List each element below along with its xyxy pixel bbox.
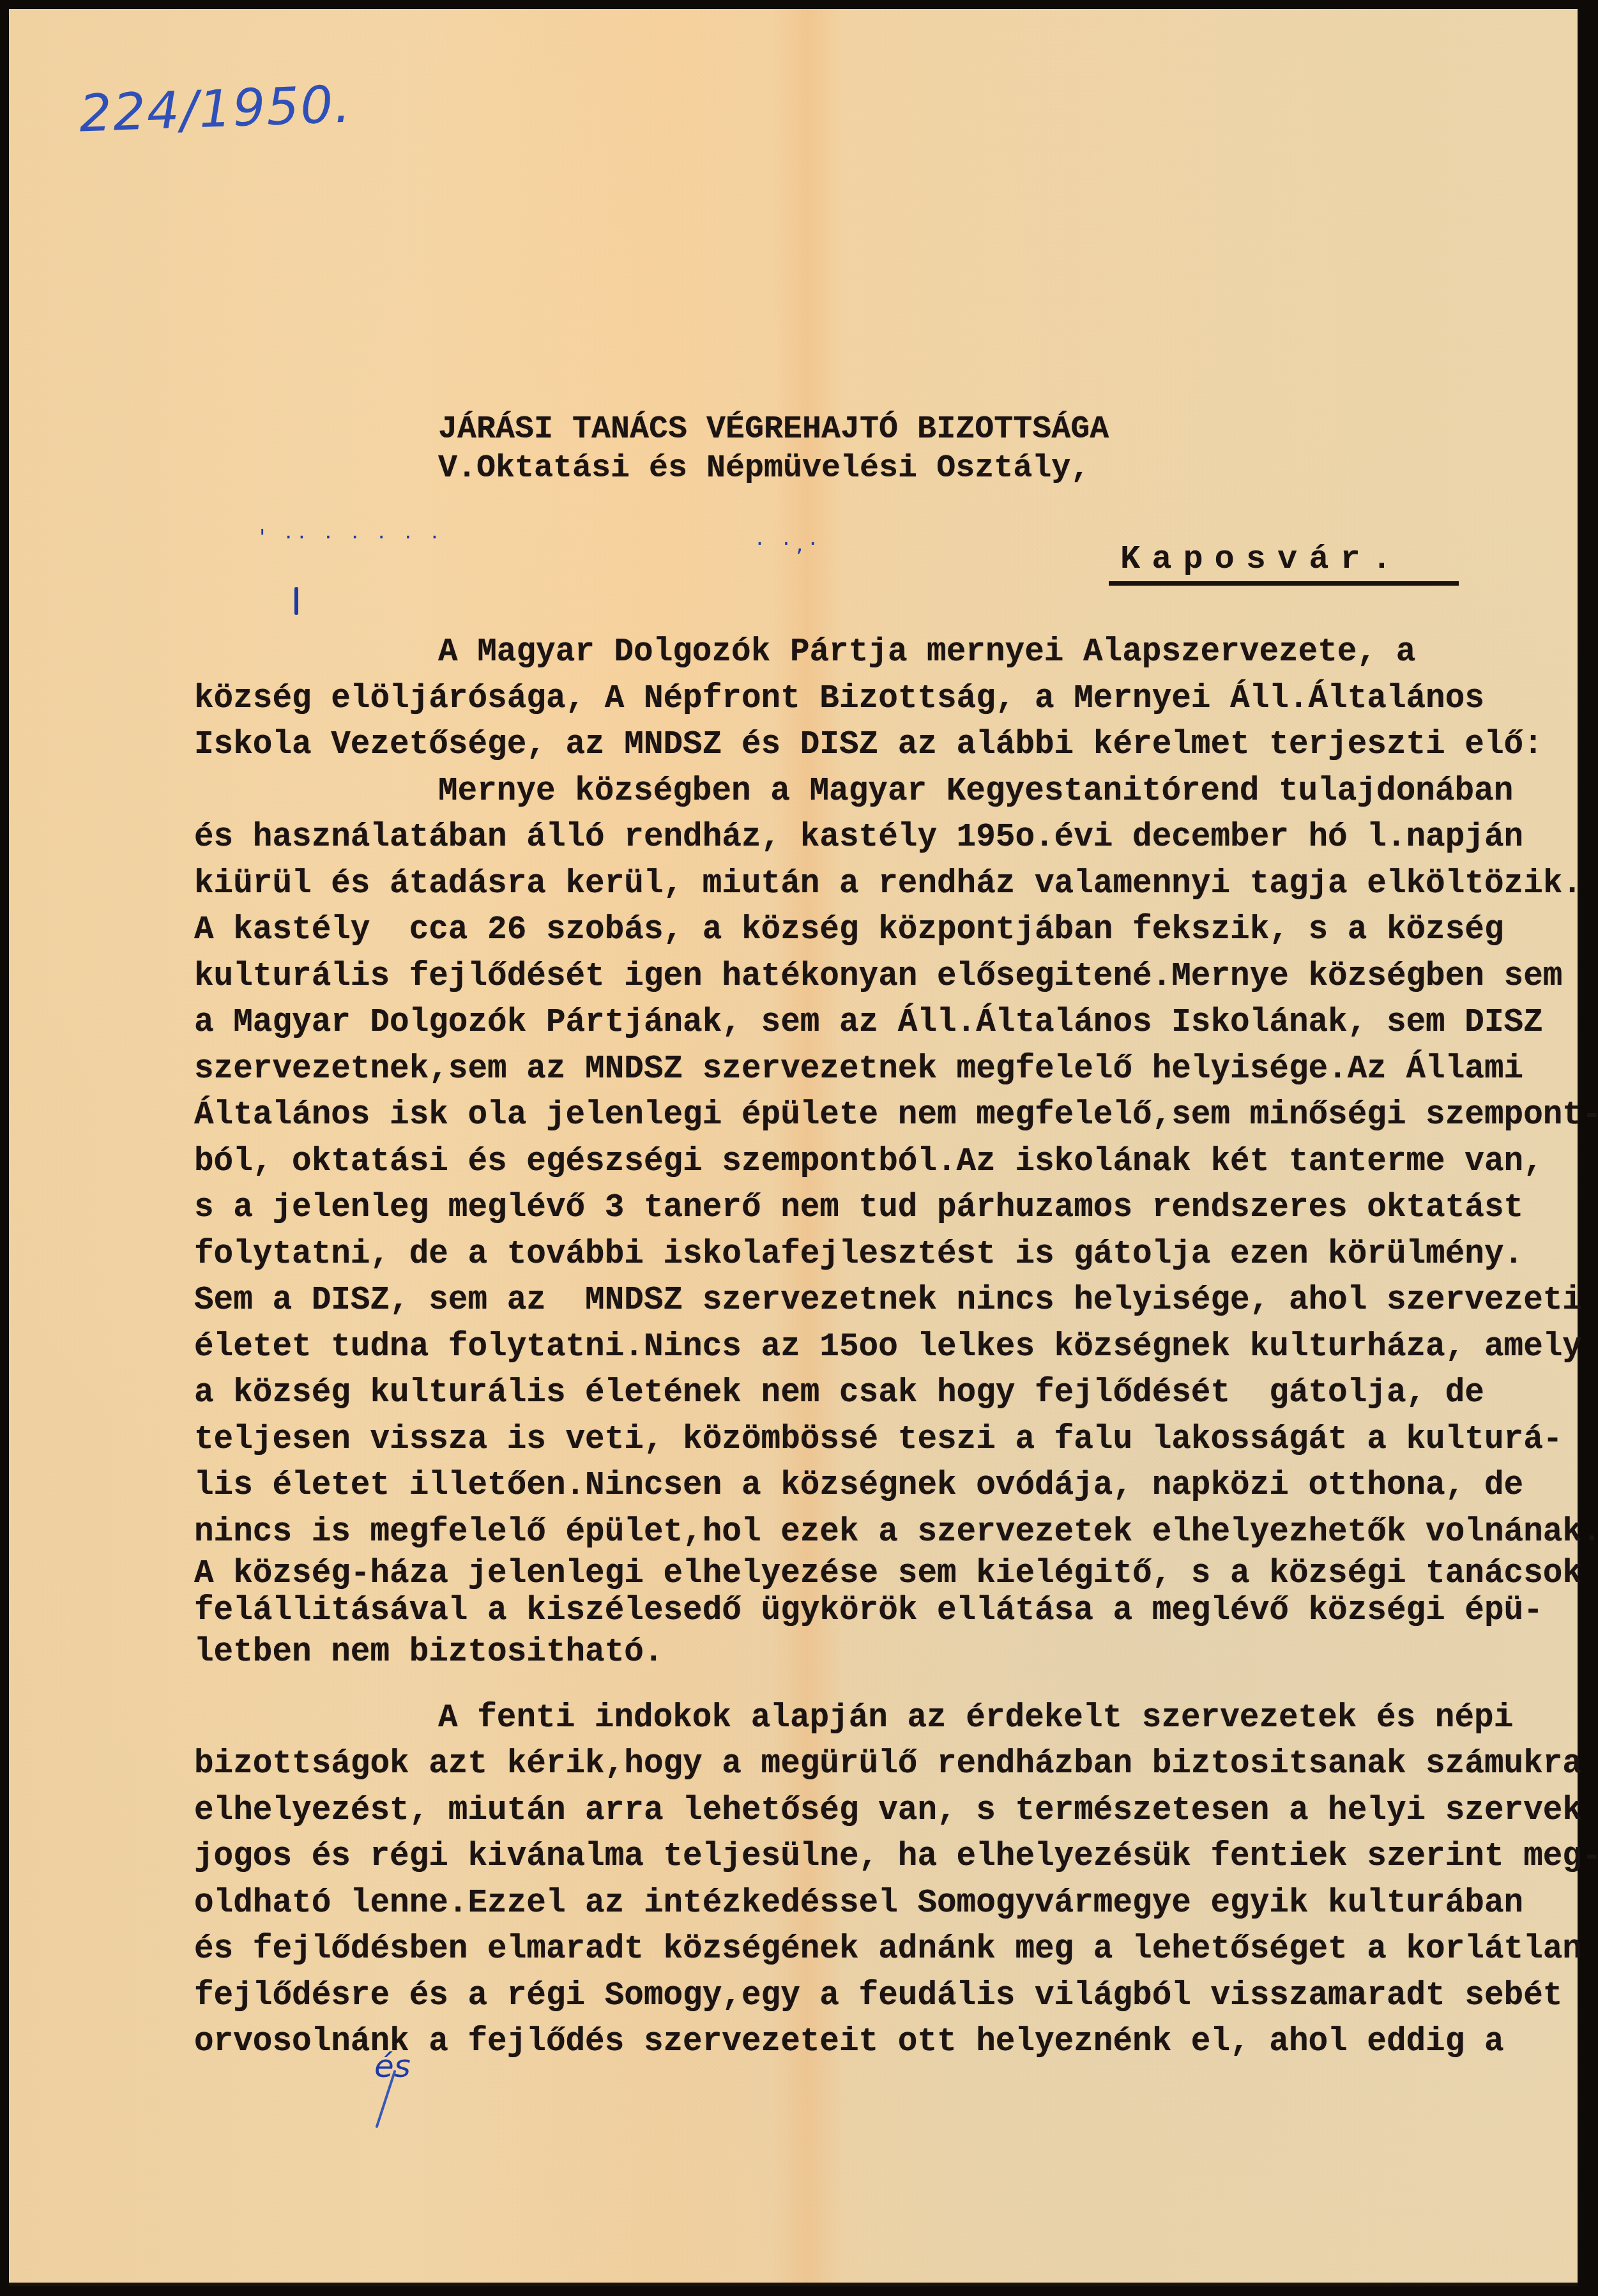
body-line: község elöljárósága, A Népfront Bizottsá… — [194, 676, 1598, 723]
body-line: A kastély cca 26 szobás, a község közpon… — [194, 908, 1598, 954]
body-line: Általános isk ola jelenlegi épülete nem … — [194, 1093, 1598, 1139]
document-page: 224/1950. JÁRÁSI TANÁCS VÉGREHAJTÓ BIZOT… — [9, 9, 1578, 2286]
body-line: szervezetnek,sem az MNDSZ szervezetnek m… — [194, 1047, 1598, 1093]
body-line: nincs is megfelelő épület,hol ezek a sze… — [194, 1510, 1598, 1556]
city-heading: Kaposvár. — [1120, 540, 1403, 578]
body-line: s a jelenleg meglévő 3 tanerő nem tud pá… — [194, 1185, 1598, 1232]
body-line: fejlődésre és a régi Somogy,egy a feudál… — [194, 1973, 1598, 2020]
body-line: ból, oktatási és egészségi szempontból.A… — [194, 1139, 1598, 1186]
body-line: lis életet illetően.Nincsen a községnek … — [194, 1463, 1598, 1510]
header-department: V.Oktatási és Népmüvelési Osztály, — [438, 445, 1090, 492]
body-line: és fejlődésben elmaradt községének adnán… — [194, 1927, 1598, 1973]
body-line: Sem a DISZ, sem az MNDSZ szervezetnek ni… — [194, 1278, 1598, 1325]
body-line: kulturális fejlődését igen hatékonyan el… — [194, 954, 1598, 1001]
body-line: bizottságok azt kérik,hogy a megürülő re… — [194, 1742, 1598, 1788]
body-line: és használatában álló rendház, kastély 1… — [194, 815, 1598, 862]
body-line: elhelyezést, miután arra lehetőség van, … — [194, 1788, 1598, 1835]
body-line: felállitásával a kiszélesedő ügykörök el… — [194, 1593, 1598, 1630]
body-line: teljesen vissza is veti, közömbössé tesz… — [194, 1417, 1598, 1464]
ink-marks-right: · ·,· — [756, 531, 823, 557]
ink-marks-left: ' ·· · · · · · — [259, 525, 445, 551]
body-line: A község-háza jelenlegi elhelyezése sem … — [194, 1556, 1598, 1593]
handwritten-reference-number: 224/1950. — [79, 75, 353, 144]
body-line: a Magyar Dolgozók Pártjának, sem az Áll.… — [194, 1000, 1598, 1047]
ink-stroke-mark — [294, 587, 298, 615]
body-line: oldható lenne.Ezzel az intézkedéssel Som… — [194, 1881, 1598, 1927]
body-line: A Magyar Dolgozók Pártja mernyei Alapsze… — [194, 630, 1598, 676]
body-line: a község kulturális életének nem csak ho… — [194, 1371, 1598, 1417]
body-line: A fenti indokok alapján az érdekelt szer… — [194, 1696, 1598, 1742]
body-line: kiürül és átadásra kerül, miután a rendh… — [194, 862, 1598, 908]
city-underline — [1109, 581, 1459, 586]
body-line: jogos és régi kivánalma teljesülne, ha e… — [194, 1834, 1598, 1881]
letter-body: A Magyar Dolgozók Pártja mernyei Alapsze… — [194, 630, 1598, 2066]
body-line: letben nem biztositható. — [194, 1630, 1598, 1676]
body-line: Iskola Vezetősége, az MNDSZ és DISZ az a… — [194, 722, 1598, 769]
body-line: Mernye községben a Magyar Kegyestanitóre… — [194, 769, 1598, 816]
body-line: folytatni, de a további iskolafejlesztés… — [194, 1232, 1598, 1279]
body-line: életet tudna folytatni.Nincs az 15oo lel… — [194, 1325, 1598, 1371]
